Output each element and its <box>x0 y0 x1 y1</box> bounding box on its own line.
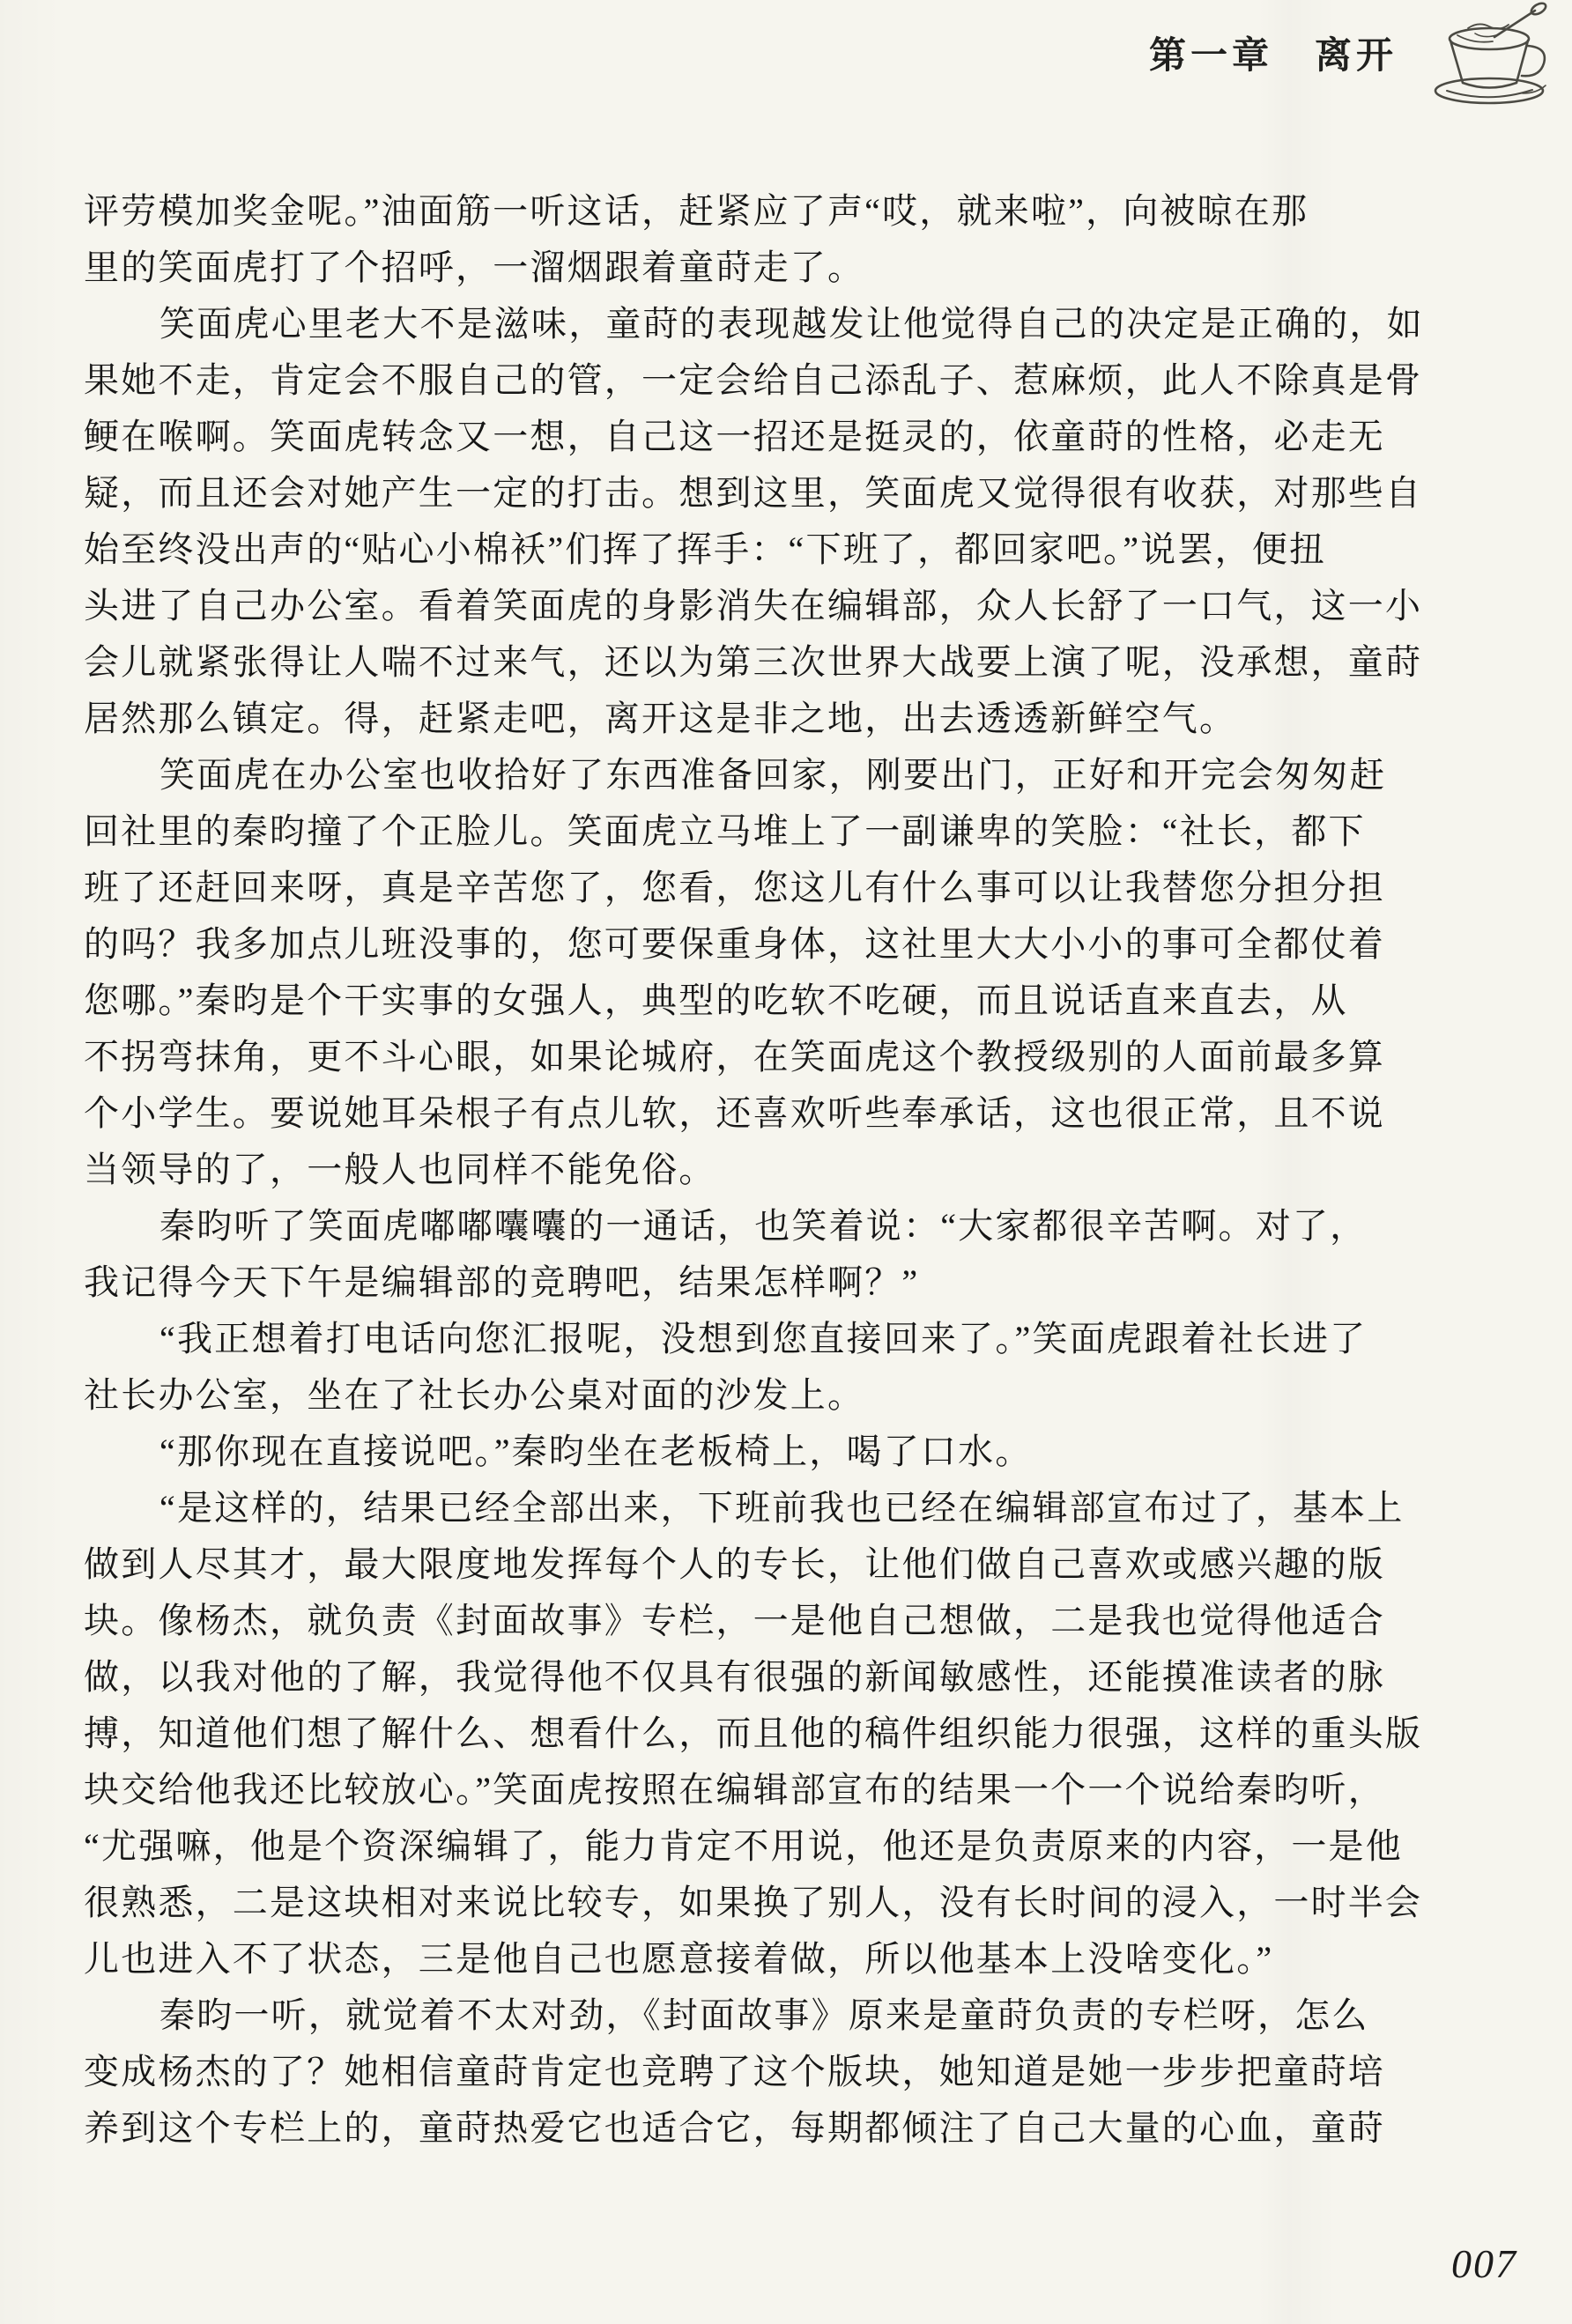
chapter-title: 第一章 离开 <box>1149 26 1398 79</box>
book-page: 第一章 离开 评劳模加奖金呢。”油面筋一听这话，赶紧应了声“哎，就来啦”，向被晾… <box>0 0 1572 2324</box>
text-line: 变成杨杰的了？她相信童莳肯定也竞聘了这个版块，她知道是她一步步把童莳培 <box>84 2044 1495 2100</box>
text-line: “尤强嘛，他是个资深编辑了，能力肯定不用说，他还是负责原来的内容，一是他 <box>84 1818 1495 1875</box>
text-line: 笑面虎心里老大不是滋味，童莳的表现越发让他觉得自己的决定是正确的，如 <box>84 296 1495 352</box>
text-line: 做，以我对他的了解，我觉得他不仅具有很强的新闻敏感性，还能摸准读者的脉 <box>84 1649 1495 1706</box>
text-line: 秦昀听了笑面虎嘟嘟囔囔的一通话，也笑着说：“大家都很辛苦啊。对了， <box>84 1198 1495 1255</box>
text-line: 社长办公室，坐在了社长办公桌对面的沙发上。 <box>84 1367 1495 1424</box>
text-line: 养到这个专栏上的，童莳热爱它也适合它，每期都倾注了自己大量的心血，童莳 <box>84 2100 1495 2157</box>
text-line: 班了还赶回来呀，真是辛苦您了，您看，您这儿有什么事可以让我替您分担分担 <box>84 860 1495 916</box>
text-line: 始至终没出声的“贴心小棉袄”们挥了挥手：“下班了，都回家吧。”说罢，便扭 <box>84 522 1495 578</box>
text-line: 里的笑面虎打了个招呼，一溜烟跟着童莳走了。 <box>84 240 1495 296</box>
text-line: 个小学生。要说她耳朵根子有点儿软，还喜欢听些奉承话，这也很正常，且不说 <box>84 1085 1495 1142</box>
text-line: 果她不走，肯定会不服自己的管，一定会给自己添乱子、惹麻烦，此人不除真是骨 <box>84 352 1495 409</box>
text-line: 回社里的秦昀撞了个正脸儿。笑面虎立马堆上了一副谦卑的笑脸：“社长，都下 <box>84 803 1495 860</box>
text-line: 会儿就紧张得让人喘不过来气，还以为第三次世界大战要上演了呢，没承想，童莳 <box>84 634 1495 691</box>
text-line: 笑面虎在办公室也收拾好了东西准备回家，刚要出门，正好和开完会匆匆赶 <box>84 747 1495 803</box>
text-line: 块。像杨杰，就负责《封面故事》专栏，一是他自己想做，二是我也觉得他适合 <box>84 1593 1495 1649</box>
text-line: 儿也进入不了状态，三是他自己也愿意接着做，所以他基本上没啥变化。” <box>84 1931 1495 1987</box>
text-line: 做到人尽其才，最大限度地发挥每个人的专长，让他们做自己喜欢或感兴趣的版 <box>84 1536 1495 1593</box>
text-line: “那你现在直接说吧。”秦昀坐在老板椅上，喝了口水。 <box>84 1424 1495 1480</box>
text-line: 您哪。”秦昀是个干实事的女强人，典型的吃软不吃硬，而且说话直来直去，从 <box>84 973 1495 1029</box>
text-line: 秦昀一听，就觉着不太对劲，《封面故事》原来是童莳负责的专栏呀，怎么 <box>84 1987 1495 2044</box>
text-line: 头进了自己办公室。看着笑面虎的身影消失在编辑部，众人长舒了一口气，这一小 <box>84 578 1495 634</box>
teacup-icon <box>1405 2 1567 109</box>
text-line: 很熟悉，二是这块相对来说比较专，如果换了别人，没有长时间的浸入，一时半会 <box>84 1875 1495 1931</box>
text-line: 鲠在喉啊。笑面虎转念又一想，自己这一招还是挺灵的，依童莳的性格，必走无 <box>84 409 1495 465</box>
text-line: 居然那么镇定。得，赶紧走吧，离开这是非之地，出去透透新鲜空气。 <box>84 691 1495 747</box>
text-line: 搏，知道他们想了解什么、想看什么，而且他的稿件组织能力很强，这样的重头版 <box>84 1706 1495 1762</box>
text-line: “是这样的，结果已经全部出来，下班前我也已经在编辑部宣布过了，基本上 <box>84 1480 1495 1536</box>
body-text: 评劳模加奖金呢。”油面筋一听这话，赶紧应了声“哎，就来啦”，向被晾在那里的笑面虎… <box>84 183 1495 2157</box>
text-line: 疑，而且还会对她产生一定的打击。想到这里，笑面虎又觉得很有收获，对那些自 <box>84 465 1495 522</box>
page-number: 007 <box>1451 2240 1517 2287</box>
text-line: 评劳模加奖金呢。”油面筋一听这话，赶紧应了声“哎，就来啦”，向被晾在那 <box>84 183 1495 240</box>
text-line: “我正想着打电话向您汇报呢，没想到您直接回来了。”笑面虎跟着社长进了 <box>84 1311 1495 1367</box>
text-line: 块交给他我还比较放心。”笑面虎按照在编辑部宣布的结果一个一个说给秦昀听， <box>84 1762 1495 1818</box>
text-line: 当领导的了，一般人也同样不能免俗。 <box>84 1142 1495 1198</box>
text-line: 的吗？我多加点儿班没事的，您可要保重身体，这社里大大小小的事可全都仗着 <box>84 916 1495 973</box>
text-line: 不拐弯抹角，更不斗心眼，如果论城府，在笑面虎这个教授级别的人面前最多算 <box>84 1029 1495 1085</box>
text-line: 我记得今天下午是编辑部的竞聘吧，结果怎样啊？” <box>84 1255 1495 1311</box>
